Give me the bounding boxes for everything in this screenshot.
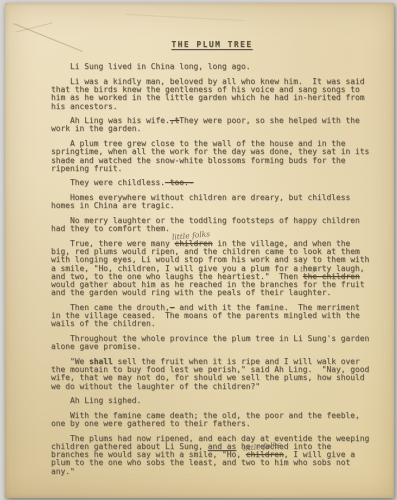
document-body: Li Sung lived in China long, long ago.Li… [51,63,373,476]
text-segment: Li was a kindly man, beloved by all who … [51,77,369,111]
struck-text: too.- [165,178,194,187]
text-segment: With the famine came death; the old, the… [51,411,365,428]
paragraph: They were childless. too.- [51,179,373,187]
text-segment: Throughout the whole province the plum t… [51,334,374,351]
paper-crease [125,14,245,21]
paper-sheet: THE PLUM TREE Li Sung lived in China lon… [5,3,394,498]
paragraph: A plum tree grew close to the wall of th… [51,140,373,173]
text-segment: A plum tree grew close to the wall of th… [51,139,374,173]
document-title: THE PLUM TREE [51,41,373,49]
text-segment: Homes everywhere without children are dr… [51,193,355,210]
paragraph: Ah Ling sighed. [51,397,373,405]
paragraph: Throughout the whole province the plum t… [51,335,373,351]
scanned-page: THE PLUM TREE Li Sung lived in China lon… [0,0,397,500]
paragraph: The plums had now ripened, and each day … [51,435,373,476]
paragraph: With the famine came death; the old, the… [51,412,373,428]
paragraph: "We shall sell the fruit when it is ripe… [51,358,373,391]
edit-annotation: childrenlittle folks [246,451,284,459]
paragraph: Homes everywhere without children are dr… [51,194,373,210]
typewritten-content: THE PLUM TREE Li Sung lived in China lon… [51,41,373,482]
paragraph: True, there were many childrenlittle fol… [51,240,373,297]
text-segment: Li Sung lived in China long, long ago. [70,62,251,71]
edit-annotation: the childrenthey [303,273,360,281]
struck-text: ,t [170,116,180,125]
text-segment: Ah Ling sighed. [70,396,141,405]
paragraph: Li was a kindly man, beloved by all who … [51,78,373,111]
paragraph: Ah Ling was his wife.,tThey were poor, s… [51,117,373,133]
handwritten-insertion: they [299,264,316,273]
struck-text: the children [303,272,360,281]
edit-annotation: childrenlittle folks [175,240,213,248]
text-segment: They were childless. [70,178,165,187]
paragraph: No merry laughter or the toddling footst… [51,217,373,233]
paragraph: Li Sung lived in China long, long ago. [51,63,373,71]
paragraph: Then came the drouth,- and with it the f… [51,304,373,329]
